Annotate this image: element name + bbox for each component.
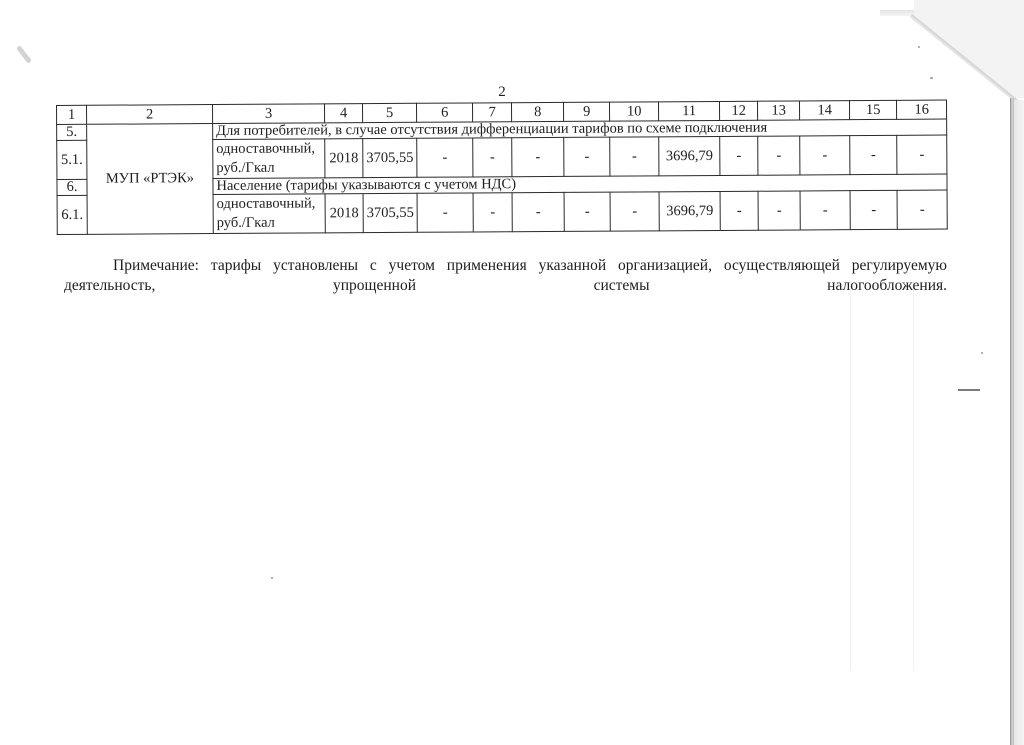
column-header: 10 (610, 102, 659, 121)
year-cell: 2018 (325, 194, 363, 233)
column-header: 9 (564, 102, 610, 121)
column-header: 12 (720, 101, 758, 120)
value-cell: - (473, 193, 512, 232)
scan-mark (958, 389, 980, 391)
column-header: 14 (800, 101, 850, 120)
value-cell: 3696,79 (659, 136, 720, 175)
value-cell: 3696,79 (659, 191, 720, 230)
year-cell: 2018 (325, 139, 363, 178)
tariff-type: одноставочный, руб./Гкал (213, 139, 325, 179)
value-cell: - (800, 191, 850, 230)
scan-bleed-through (850, 280, 914, 670)
page-number: 2 (492, 84, 512, 100)
value-cell: - (897, 135, 947, 174)
scan-speck (981, 352, 983, 354)
value-cell: 3705,55 (363, 193, 417, 232)
column-header: 11 (659, 101, 720, 120)
value-cell: - (720, 191, 758, 230)
value-cell: - (610, 192, 659, 231)
column-header: 8 (512, 102, 564, 121)
scan-page-top-edge (880, 10, 914, 16)
value-cell: - (417, 193, 473, 232)
value-cell: - (720, 136, 758, 175)
column-header: 5 (362, 103, 416, 122)
value-cell: - (417, 138, 473, 177)
scan-speck (271, 577, 273, 579)
column-header: 2 (87, 105, 213, 125)
section-number: 5. (57, 124, 87, 140)
row-number: 6.1. (57, 195, 87, 234)
column-header: 16 (897, 100, 947, 119)
value-cell: - (850, 190, 897, 229)
value-cell: - (758, 191, 800, 230)
value-cell: - (564, 192, 610, 231)
column-header: 1 (57, 105, 87, 124)
column-header: 13 (758, 101, 800, 120)
value-cell: - (610, 137, 659, 176)
value-cell: - (758, 136, 800, 175)
section-number: 6. (57, 179, 87, 195)
value-cell: - (564, 137, 610, 176)
scan-folded-corner-background (914, 0, 1024, 98)
tariff-table: 1 2 3 4 5 6 7 8 9 10 11 12 13 14 15 16 5… (56, 100, 948, 235)
scan-page-right-edge (1010, 98, 1014, 745)
scan-speck (930, 77, 933, 79)
value-cell: - (850, 135, 897, 174)
value-cell: - (512, 137, 564, 176)
tariff-type: одноставочный, руб./Гкал (213, 194, 325, 234)
footnote: Примечание: тарифы установлены с учетом … (64, 256, 947, 316)
scan-smudge (16, 45, 32, 64)
row-number: 5.1. (57, 140, 87, 179)
column-header: 15 (850, 100, 897, 119)
column-header: 3 (213, 104, 325, 124)
value-cell: - (512, 192, 564, 231)
organization-cell: МУП «РТЭК» (87, 124, 214, 235)
value-cell: - (897, 190, 947, 229)
column-header: 6 (417, 103, 473, 122)
scan-speck (918, 46, 920, 48)
scan-page-shadow (1014, 100, 1024, 745)
value-cell: 3705,55 (363, 138, 417, 177)
value-cell: - (473, 138, 512, 177)
value-cell: - (800, 136, 850, 175)
column-header: 7 (473, 103, 512, 122)
column-header: 4 (324, 104, 362, 123)
